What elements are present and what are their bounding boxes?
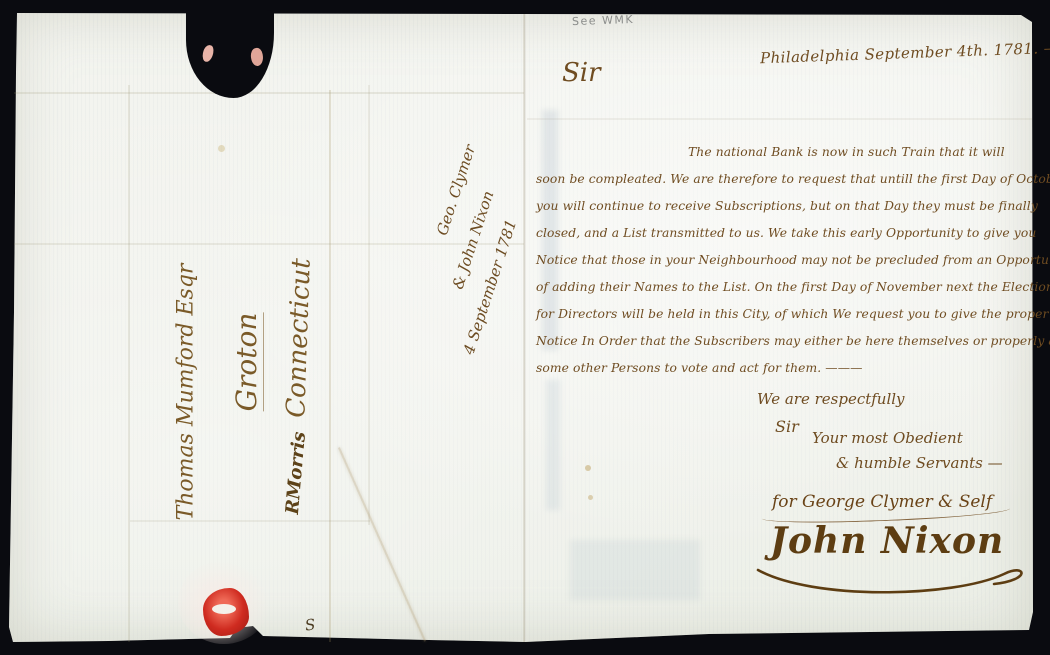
letter-sheet [9, 12, 1034, 643]
pencil-watermark-note: See WMK [572, 13, 635, 28]
wax-seal-highlight [212, 604, 236, 614]
scan-background: See WMK S Philadelphia September 4th. 17… [0, 0, 1050, 655]
